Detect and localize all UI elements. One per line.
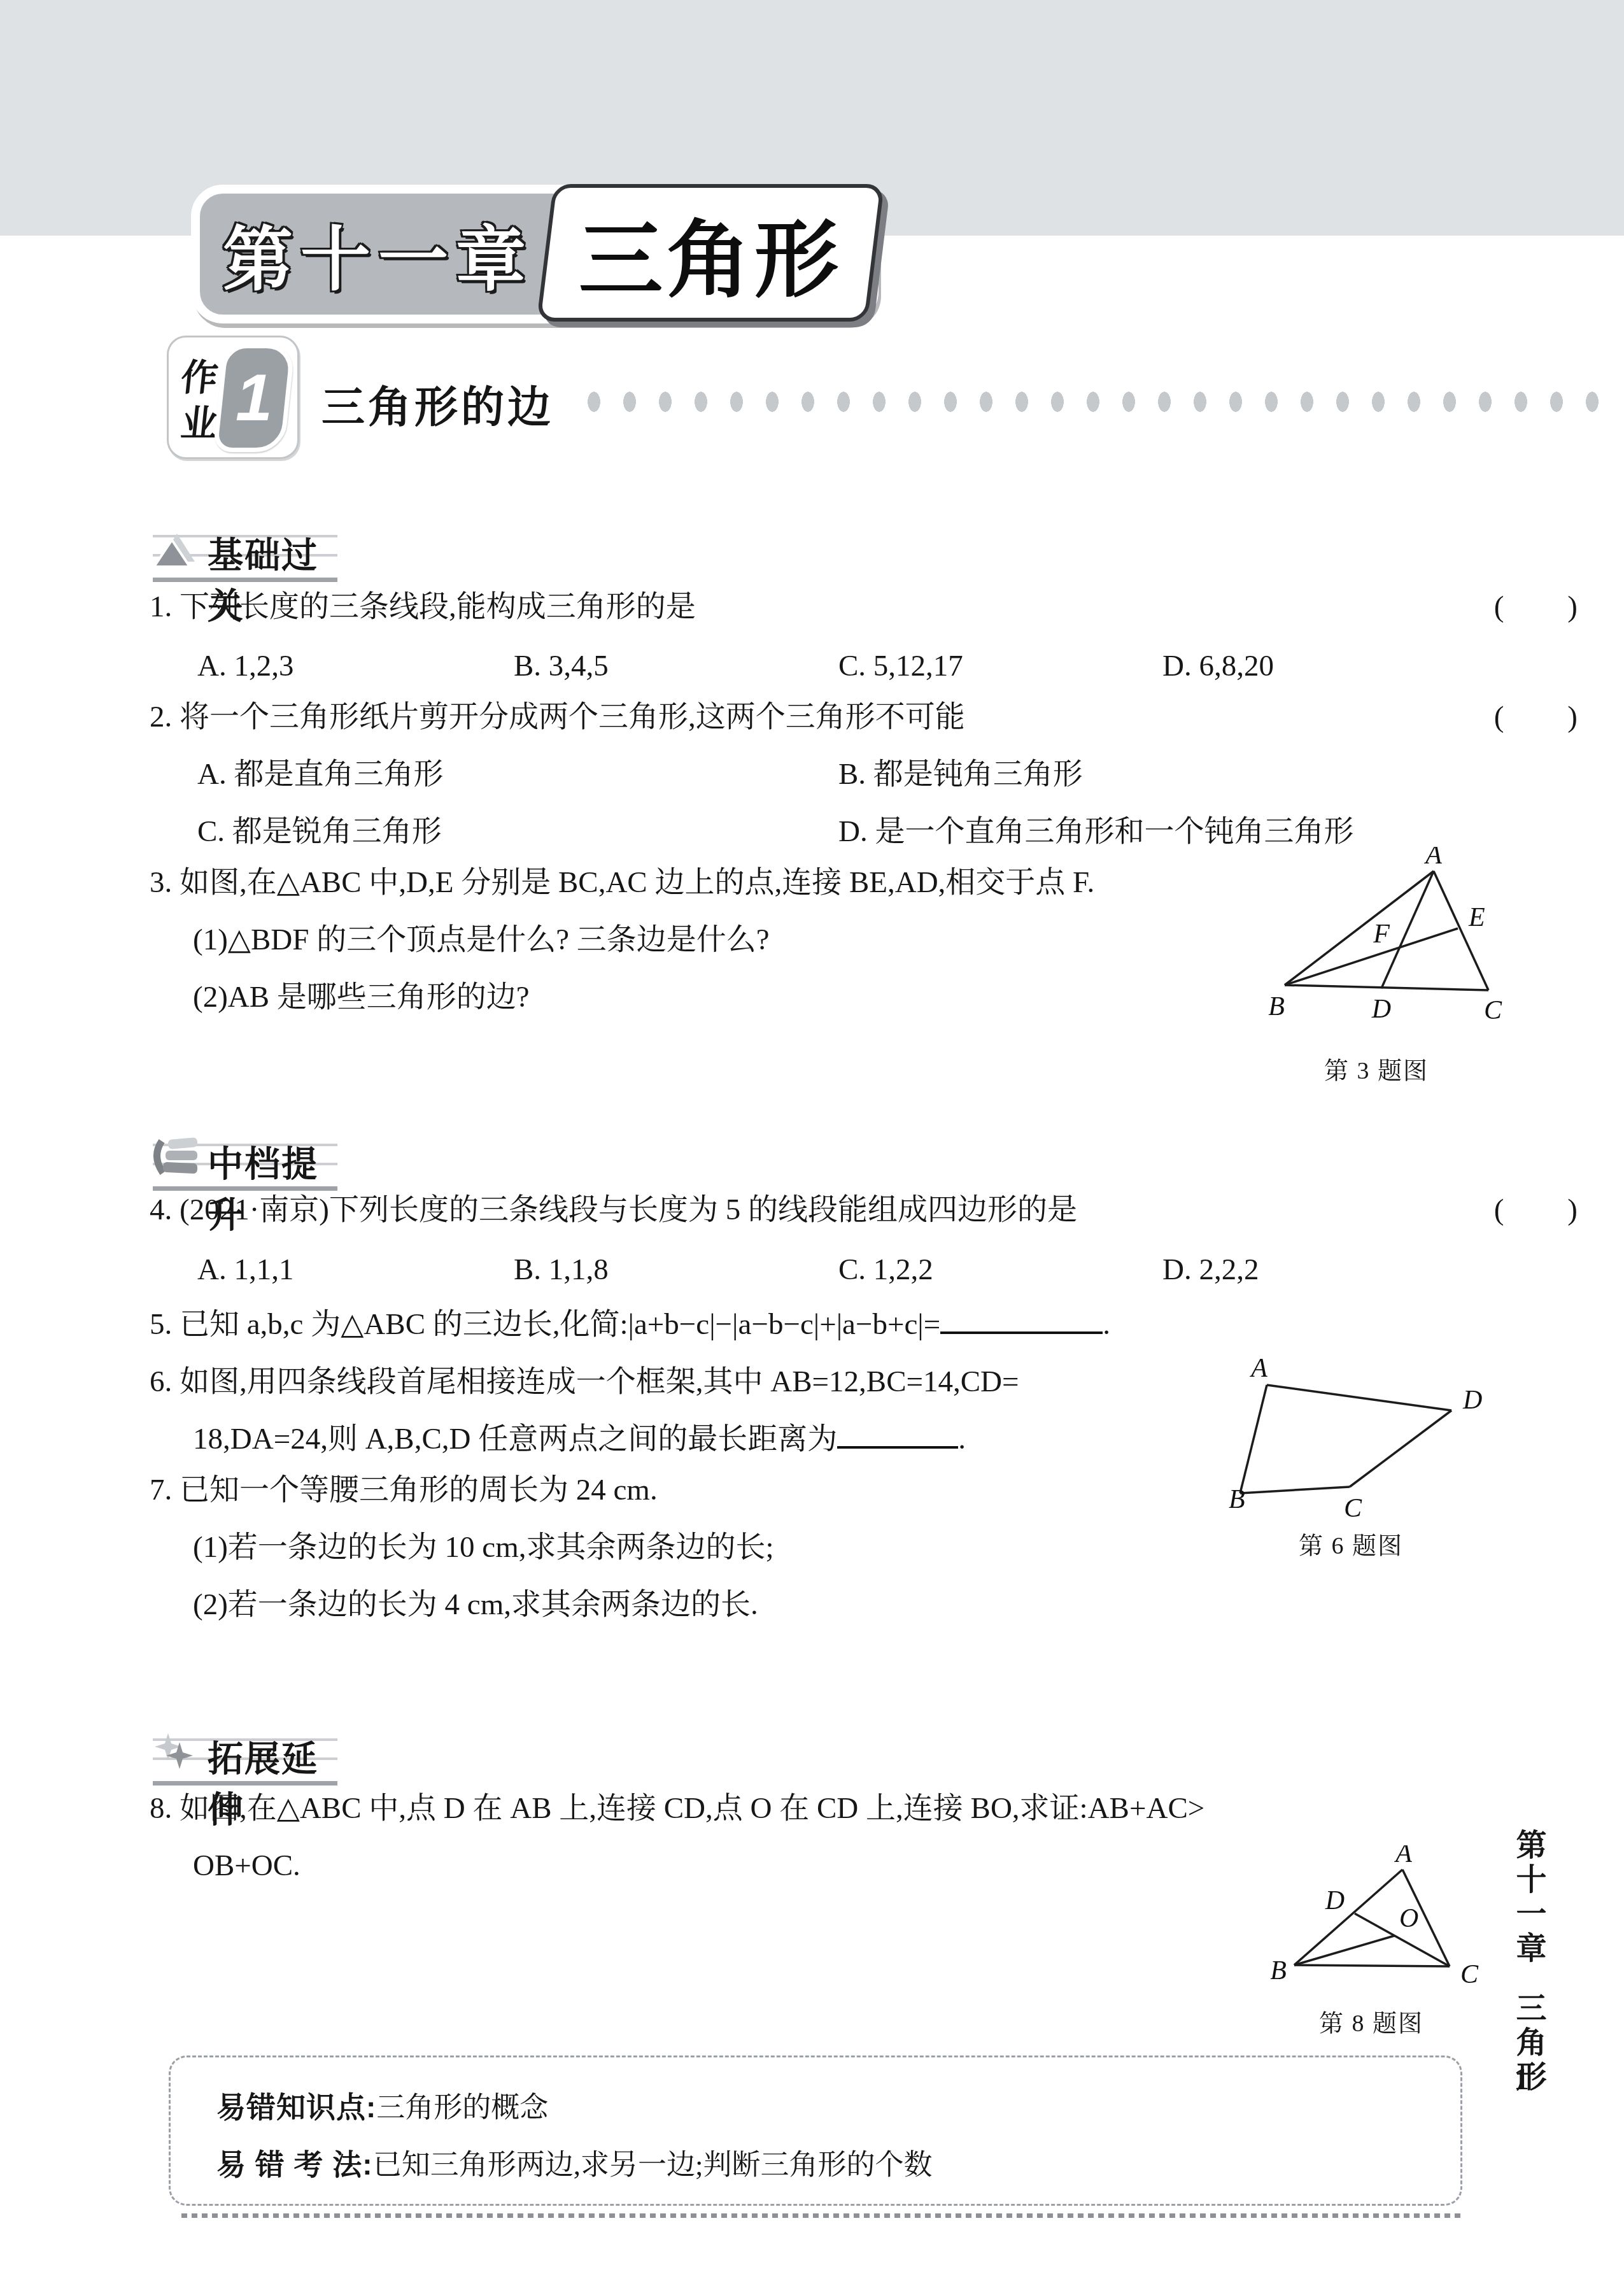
option-a: A. 1,1,1: [197, 1252, 293, 1288]
question-8-line1: 8. 如图,在△ABC 中,点 D 在 AB 上,连接 CD,点 O 在 CD …: [150, 1791, 1576, 1826]
option-b: B. 3,4,5: [514, 648, 609, 684]
vertex-label-c: C: [1460, 1960, 1479, 1989]
figure-q6-quadrilateral: A B C D: [1222, 1356, 1553, 1547]
section-title-extension: 拓展延伸: [208, 1731, 337, 1833]
figure-q3-caption: 第 3 题图: [1324, 1051, 1429, 1086]
question-number: 5.: [150, 1308, 172, 1341]
workbook-page: 第十一章 三角形 作 业 1 三角形的边 基础过关 1. 下列长度的三条线段,能…: [0, 0, 1624, 2279]
question-number: 6.: [150, 1365, 172, 1398]
answer-paren: ( ): [1494, 1192, 1579, 1228]
answer-blank: [940, 1309, 1103, 1334]
question-number: 8.: [150, 1792, 172, 1825]
option-c: C. 都是锐角三角形: [197, 814, 442, 849]
answer-blank: [837, 1423, 958, 1449]
assignment-number-shape: 1: [213, 344, 295, 452]
option-d: D. 是一个直角三角形和一个钝角三角形: [838, 814, 1353, 849]
tip-label-knowledge: 易错知识点:: [216, 2091, 376, 2124]
vertex-label-d: D: [1325, 1886, 1345, 1915]
option-c: C. 5,12,17: [838, 648, 963, 684]
section-header-basic: 基础过关: [153, 523, 337, 585]
assignment-title: 三角形的边: [321, 373, 554, 435]
option-a: A. 都是直角三角形: [197, 756, 443, 792]
stacked-layers-icon: [153, 1136, 201, 1178]
vertex-label-f: F: [1373, 919, 1390, 949]
question-7-sub1: (1)若一条边的长为 10 cm,求其余两条边的长;: [150, 1530, 1576, 1565]
answer-paren: ( ): [1494, 589, 1579, 625]
triangle-layers-icon: [153, 527, 199, 569]
assignment-badge: 作 业 1: [167, 336, 299, 459]
vertex-label-d: D: [1371, 995, 1391, 1024]
point-label-o: O: [1399, 1904, 1418, 1933]
vertex-label-a: A: [1249, 1356, 1267, 1383]
vertex-label-b: B: [1270, 1956, 1287, 1985]
tip-line-knowledge: 易错知识点:三角形的概念: [216, 2084, 548, 2126]
star-sparkle-icon: [153, 1731, 199, 1773]
question-number: 7.: [150, 1473, 172, 1507]
section-title-medium: 中档提升: [208, 1136, 337, 1238]
question-number: 1.: [150, 590, 172, 623]
question-stem: 如图,用四条线段首尾相接连成一个框架,其中 AB=12,BC=14,CD=: [180, 1365, 1019, 1398]
title-dots-decoration: [576, 387, 1611, 416]
figure-q3-triangle: A B C D E F: [1245, 847, 1531, 1057]
tip-text-knowledge: 三角形的概念: [376, 2092, 548, 2124]
figure-q8-caption: 第 8 题图: [1319, 2003, 1423, 2038]
question-stem: 将一个三角形纸片剪开分成两个三角形,这两个三角形不可能: [180, 700, 965, 734]
assignment-number: 1: [236, 360, 272, 436]
answer-paren: ( ): [1494, 699, 1579, 735]
tip-label-exam: 易 错 考 法:: [216, 2148, 373, 2181]
tip-line-exam: 易 错 考 法:已知三角形两边,求另一边;判断三角形的个数: [216, 2141, 932, 2183]
question-number: 2.: [150, 700, 172, 734]
chapter-banner: 第十一章 三角形: [191, 185, 879, 323]
vertex-label-c: C: [1484, 996, 1502, 1025]
option-c: C. 1,2,2: [838, 1252, 933, 1288]
vertex-label-a: A: [1423, 847, 1442, 870]
vertex-label-a: A: [1394, 1845, 1412, 1868]
question-2: 2. 将一个三角形纸片剪开分成两个三角形,这两个三角形不可能 ( ): [150, 699, 1576, 735]
option-b: B. 都是钝角三角形: [838, 756, 1083, 792]
error-prone-tip-box: 易错知识点:三角形的概念 易 错 考 法:已知三角形两边,求另一边;判断三角形的…: [169, 2055, 1462, 2206]
period: .: [958, 1423, 966, 1456]
option-d: D. 2,2,2: [1162, 1252, 1259, 1288]
question-stem: 如图,在△ABC 中,D,E 分别是 BC,AC 边上的点,连接 BE,AD,相…: [180, 866, 1094, 899]
chapter-number-panel: 第十一章: [200, 194, 556, 315]
question-stem: 已知一个等腰三角形的周长为 24 cm.: [180, 1473, 658, 1507]
chapter-title-text: 三角形: [579, 192, 842, 313]
page-number: 1: [1514, 2062, 1529, 2097]
vertex-label-d: D: [1462, 1386, 1482, 1415]
section-header-medium: 中档提升: [153, 1132, 337, 1193]
option-b: B. 1,1,8: [514, 1252, 609, 1288]
section-title-basic: 基础过关: [208, 527, 337, 629]
option-d: D. 6,8,20: [1162, 648, 1274, 684]
question-number: 4.: [150, 1193, 172, 1226]
sidebar-chapter-label: 第十一章 三角形: [1506, 1829, 1550, 2095]
sidebar-chapter: 第十一章: [1506, 1829, 1550, 1966]
vertex-label-b: B: [1268, 992, 1285, 1021]
question-7-sub2: (2)若一条边的长为 4 cm,求其余两条边的长.: [150, 1587, 1576, 1622]
tip-box-shadow-line: [181, 2213, 1462, 2218]
question-stem: 已知 a,b,c 为△ABC 的三边长,化简:|a+b−c|−|a−b−c|+|…: [180, 1308, 940, 1341]
question-2-text: 2. 将一个三角形纸片剪开分成两个三角形,这两个三角形不可能: [150, 700, 965, 734]
question-number: 3.: [150, 866, 172, 899]
question-stem-continued: 18,DA=24,则 A,B,C,D 任意两点之间的最长距离为: [193, 1423, 837, 1456]
period: .: [1103, 1308, 1110, 1341]
chapter-number-text: 第十一章: [223, 204, 533, 304]
question-4: 4. (2021·南京)下列长度的三条线段与长度为 5 的线段能组成四边形的是 …: [150, 1192, 1576, 1228]
tip-text-exam: 已知三角形两边,求另一边;判断三角形的个数: [373, 2149, 933, 2181]
question-1: 1. 下列长度的三条线段,能构成三角形的是 ( ): [150, 589, 1576, 625]
vertex-label-e: E: [1468, 903, 1485, 932]
chapter-title-panel: 三角形: [537, 184, 885, 322]
option-a: A. 1,2,3: [197, 648, 293, 684]
question-5: 5. 已知 a,b,c 为△ABC 的三边长,化简:|a+b−c|−|a−b−c…: [150, 1307, 1576, 1342]
section-header-extension: 拓展延伸: [153, 1727, 337, 1788]
question-7: 7. 已知一个等腰三角形的周长为 24 cm.: [150, 1472, 1576, 1508]
